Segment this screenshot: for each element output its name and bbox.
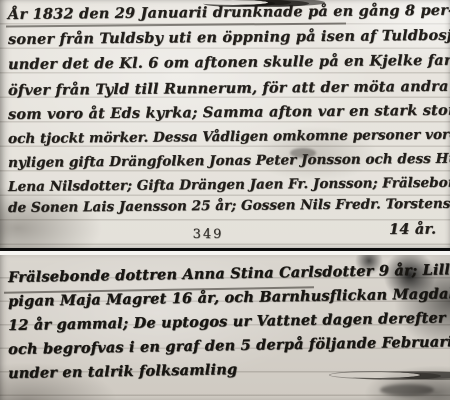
manuscript-line: soner från Tuldsby uti en öppning på ise… <box>8 27 444 49</box>
manuscript-line: Lena Nilsdotter; Gifta Drängen Jaen Fr. … <box>8 174 444 196</box>
manuscript-line: som voro åt Eds kyrka; Samma afton var e… <box>8 102 444 124</box>
manuscript-line: under en talrik folksamling <box>8 357 444 383</box>
manuscript-line: under det de Kl. 6 om aftonen skulle på … <box>8 52 444 74</box>
manuscript-line: öfver från Tyld till Runnerum, för att d… <box>8 78 444 100</box>
faint-ink-marks <box>330 372 420 378</box>
manuscript-line: Frälsebonde dottren Anna Stina Carlsdott… <box>8 261 444 287</box>
manuscript-age-note: 14 år. <box>389 221 436 239</box>
page-number: 349 <box>178 227 238 242</box>
scan-segment-lower: Frälsebonde dottren Anna Stina Carlsdott… <box>0 255 450 400</box>
scan-segment-upper: År 1832 den 29 Januarii drunknade på en … <box>0 0 450 248</box>
manuscript-line: de Sonen Lais Jaensson 25 år; Gossen Nil… <box>8 195 444 217</box>
manuscript-line: och begrofvas i en graf den 5 derpå följ… <box>8 333 444 359</box>
manuscript-line: År 1832 den 29 Januarii drunknade på en … <box>8 2 444 24</box>
cutoff-text-marks <box>380 384 434 396</box>
ink-smudge <box>290 148 316 158</box>
scanned-manuscript-page: År 1832 den 29 Januarii drunknade på en … <box>0 0 450 400</box>
manuscript-line: nyligen gifta Drängfolken Jonas Peter Jo… <box>8 150 444 172</box>
manuscript-line: och tjockt mörker. Dessa Vådligen omkomn… <box>8 126 444 148</box>
manuscript-line: 12 år gammal; De uptogos ur Vattnet dage… <box>8 309 444 335</box>
